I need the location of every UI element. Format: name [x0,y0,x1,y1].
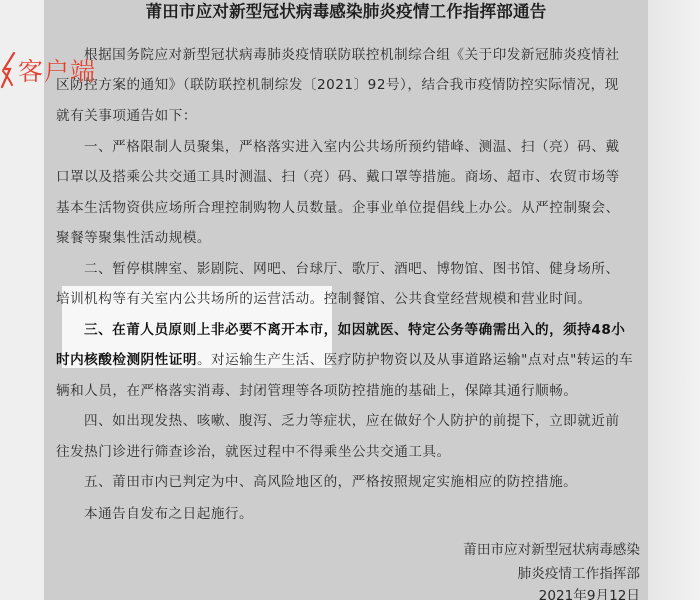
item5-line-1: 五、莆田市内已判定为中、高风险地区的，严格按照规定实施相应的防控措施。 [84,470,577,490]
item2-line-2: 培训机构等有关室内公共场所的运营活动。控制餐馆、公共食堂经营规模和营业时间。 [56,287,592,307]
notice-document: 莆田市应对新型冠状病毒感染肺炎疫情工作指挥部通告 根据国务院应对新型冠状病毒肺炎… [44,0,648,600]
intro-line-1: 根据国务院应对新型冠状病毒肺炎疫情联防联控机制综合组《关于印发新冠肺炎疫情社 [84,43,620,63]
effective-statement: 本通告自发布之日起施行。 [84,502,253,522]
item1-line-4: 聚餐等聚集性活动规模。 [56,226,211,246]
item3-line-1: 三、在莆人员原则上非必要不离开本市，如因就医、特定公务等确需出入的，须持48小 [84,318,625,338]
item1-line-1: 一、严格限制人员聚集，严格落实进入室内公共场所预约错峰、测温、扫（亮）码、戴 [84,135,620,155]
intro-line-3: 就有关事项通告如下： [56,104,197,124]
item3-line-2: 时内核酸检测阴性证明。对运输生产生活、医疗防护物资以及从事道路运输"点对点"转运… [56,348,633,368]
item1-line-3: 基本生活物资供应场所合理控制购物人员数量。企事业单位提倡线上办公。从严控制聚会、 [56,196,620,216]
intro-line-2: 区防控方案的通知》（联防联控机制综发〔2021〕92号），结合我市疫情防控实际情… [56,73,619,93]
item1-line-2: 口罩以及搭乘公共交通工具时测温、扫（亮）码、戴口罩等措施。商场、超市、农贸市场等 [56,165,620,185]
signature-org-line-2: 肺炎疫情工作指挥部 [518,562,640,582]
watermark-text: 客户端 [18,52,96,88]
item4-line-2: 往发热门诊进行筛查诊治，就医过程中不得乘坐公共交通工具。 [56,440,451,460]
watermark: 客户端 [0,50,96,90]
document-title: 莆田市应对新型冠状病毒感染肺炎疫情工作指挥部通告 [44,0,648,22]
brand-logo-icon [0,51,16,89]
item3-line-3: 辆和人员，在严格落实消毒、封闭管理等各项防控措施的基础上，保障其通行顺畅。 [56,379,577,399]
signature-org-line-1: 莆田市应对新型冠状病毒感染 [463,538,640,558]
item2-line-1: 二、暂停棋牌室、影剧院、网吧、台球厅、歌厅、酒吧、博物馆、图书馆、健身场所、 [84,257,620,277]
item3-line-2-bold: 时内核酸检测阴性证明 [56,352,197,368]
item3-line-2-rest: 。对运输生产生活、医疗防护物资以及从事道路运输"点对点"转运的车 [197,352,633,368]
right-margin [648,0,700,600]
left-margin [0,0,44,600]
signature-date: 2021年9月12日 [539,584,640,600]
item4-line-1: 四、如出现发热、咳嗽、腹泻、乏力等症状，应在做好个人防护的前提下，立即就近前 [84,409,620,429]
